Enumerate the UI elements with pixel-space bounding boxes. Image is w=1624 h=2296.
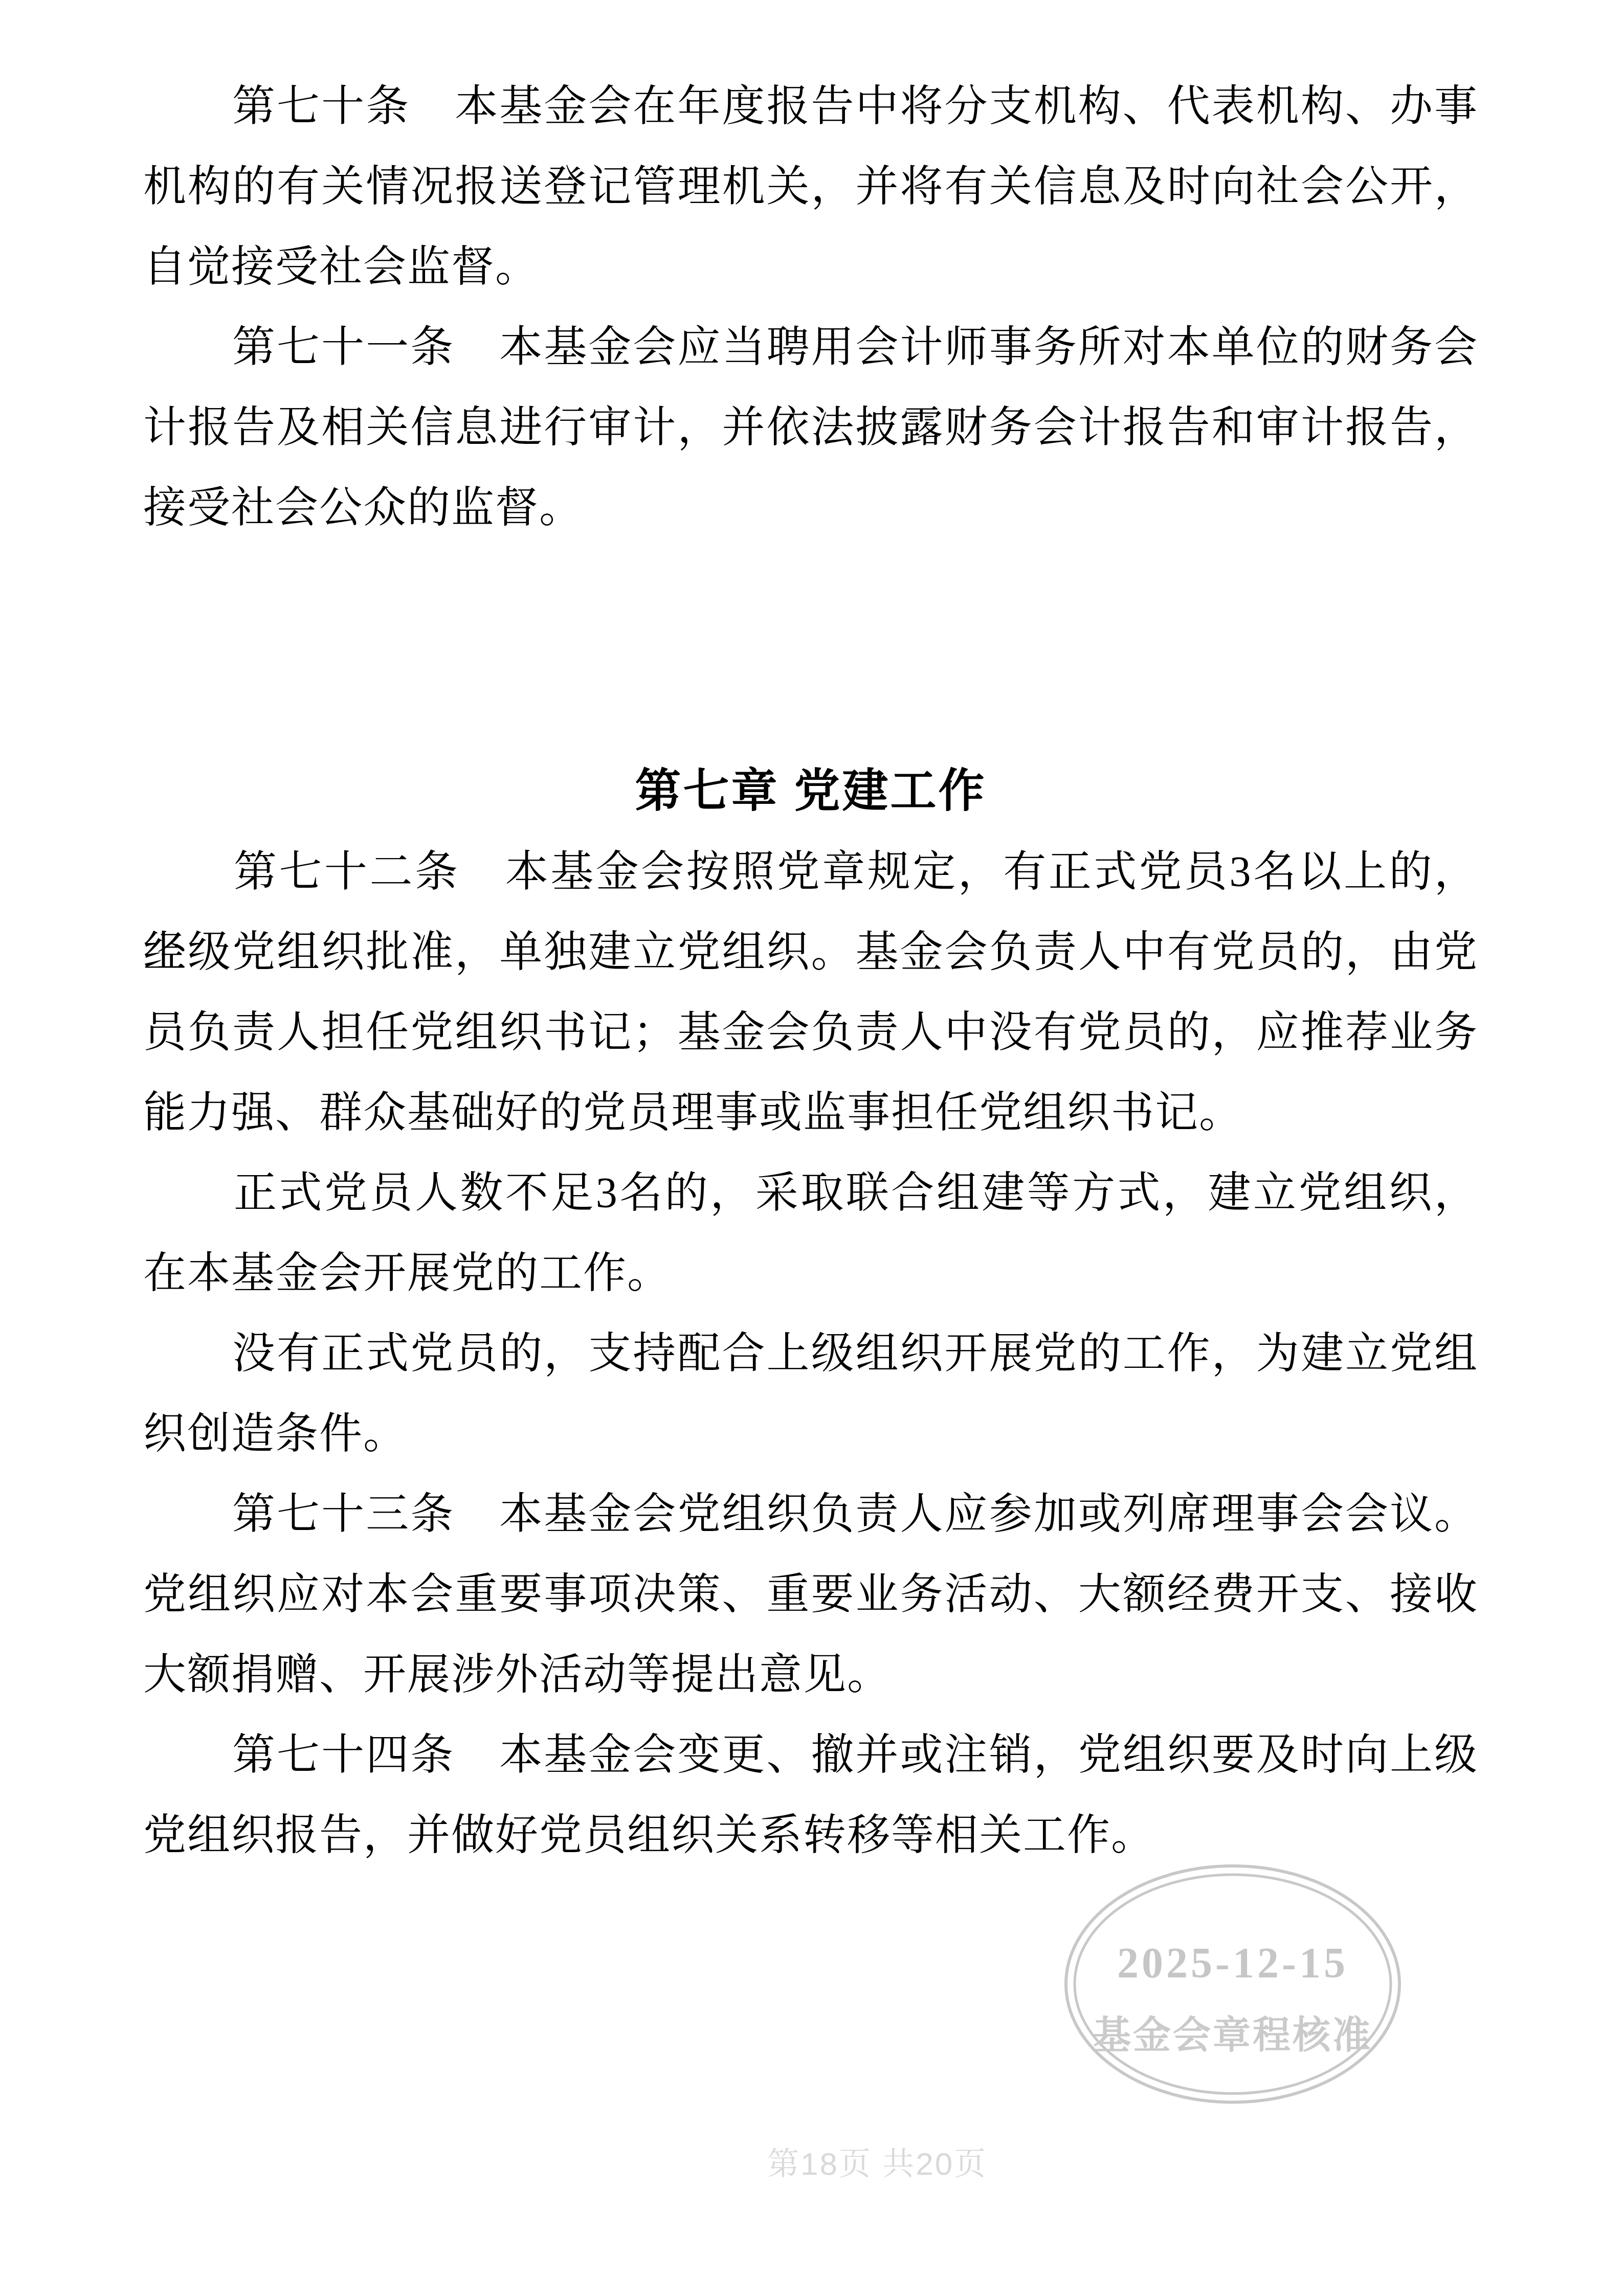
article-72-clause-2-line: 在本基金会开展党的工作。 [143,1233,1478,1314]
article-71-line: 计报告及相关信息进行审计，并依法披露财务会计报告和审计报告， [143,388,1478,468]
stamp-date: 2025-12-15 [1117,1940,1348,1987]
article-72-clause-3-line: 织创造条件。 [143,1394,1478,1474]
article-73-line: 大额捐赠、开展涉外活动等提出意见。 [143,1635,1478,1715]
article-73-line: 党组织应对本会重要事项决策、重要业务活动、大额经费开支、接收 [143,1555,1478,1635]
article-72-line: 第七十二条 本基金会按照党章规定，有正式党员3名以上的，经 [143,832,1478,912]
vertical-spacer [143,548,1478,750]
article-72-line: 能力强、群众基础好的党员理事或监事担任党组织书记。 [143,1073,1478,1153]
article-70-line: 自觉接受社会监督。 [143,227,1478,307]
article-72-line: 上级党组织批准，单独建立党组织。基金会负责人中有党员的，由党 [143,912,1478,993]
article-72-clause-3-line: 没有正式党员的，支持配合上级组织开展党的工作，为建立党组 [143,1314,1478,1394]
article-70-line: 第七十条 本基金会在年度报告中将分支机构、代表机构、办事 [143,66,1478,147]
page-number: 第18页 共20页 [767,2139,987,2184]
chapter-7-heading: 第七章 党建工作 [143,750,1478,832]
article-71-line: 接受社会公众的监督。 [143,468,1478,548]
stamp-label: 基金会章程核准 [1093,2014,1372,2056]
document-body: 第七十条 本基金会在年度报告中将分支机构、代表机构、办事机构的有关情况报送登记管… [143,66,1478,1876]
article-70-line: 机构的有关情况报送登记管理机关，并将有关信息及时向社会公开， [143,147,1478,227]
article-73-line: 第七十三条 本基金会党组织负责人应参加或列席理事会会议。 [143,1474,1478,1555]
document-page: 第七十条 本基金会在年度报告中将分支机构、代表机构、办事机构的有关情况报送登记管… [0,0,1624,2296]
article-72-clause-2-line: 正式党员人数不足3名的，采取联合组建等方式，建立党组织， [143,1153,1478,1233]
article-74-line: 第七十四条 本基金会变更、撤并或注销，党组织要及时向上级 [143,1715,1478,1795]
article-72-line: 员负责人担任党组织书记；基金会负责人中没有党员的，应推荐业务 [143,993,1478,1073]
approval-stamp: 2025-12-15 基金会章程核准 [1064,1864,1401,2104]
article-71-line: 第七十一条 本基金会应当聘用会计师事务所对本单位的财务会 [143,307,1478,388]
